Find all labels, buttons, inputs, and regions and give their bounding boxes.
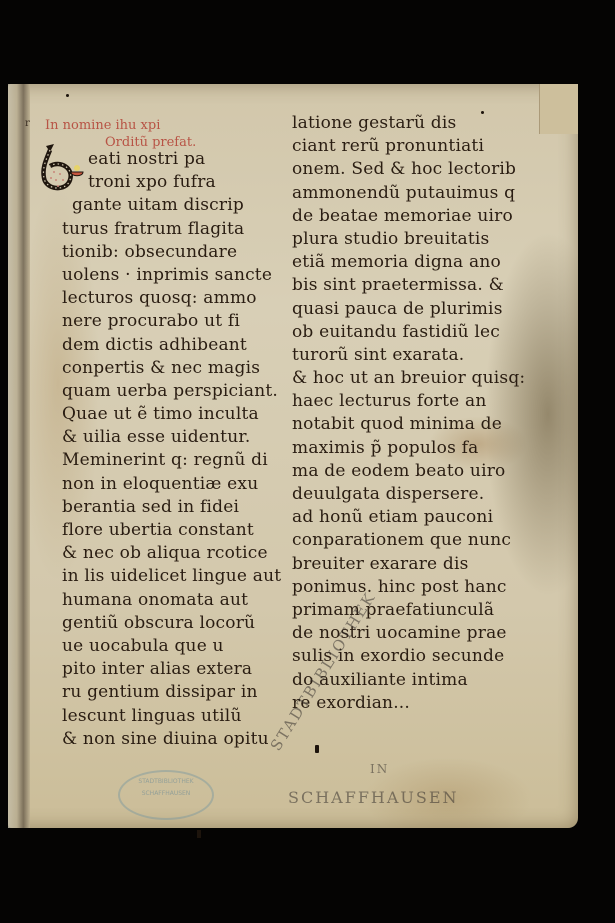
text-line: & uilia esse uidentur.	[62, 426, 281, 449]
text-line: & nec ob aliqua rcotice	[62, 542, 281, 565]
ink-spot	[481, 111, 484, 114]
text-line: latione gestarũ dis	[292, 112, 525, 135]
text-line: & non sine diuina opitu	[62, 728, 281, 751]
text-line: onem. Sed & hoc lectorib	[292, 158, 525, 181]
stamp-text-line-2: IN	[370, 762, 389, 776]
rubric-title-line-1: In nomine ihu xpi	[45, 118, 160, 133]
text-line: & hoc ut an breuior quisq:	[292, 367, 525, 390]
text-line: Quae ut ẽ timo inculta	[62, 403, 281, 426]
text-line: ponimus. hinc post hanc	[292, 576, 525, 599]
text-line: conparationem que nunc	[292, 529, 525, 552]
text-line: ru gentium dissipar in	[62, 681, 281, 704]
text-line: etiã memoria digna ano	[292, 251, 525, 274]
text-line: ma de eodem beato uiro	[292, 460, 525, 483]
text-line: flore ubertia constant	[62, 519, 281, 542]
text-line: haec lecturus forte an	[292, 390, 525, 413]
text-line: turorũ sint exarata.	[292, 344, 525, 367]
binding-gutter	[8, 84, 30, 828]
text-column-left: eati nostri pa troni xpo fufra gante uit…	[62, 148, 281, 751]
text-line: non in eloquentiæ exu	[62, 473, 281, 496]
ink-spot	[315, 745, 319, 753]
text-line: plura studio breuitatis	[292, 228, 525, 251]
text-line: tionib: obsecundare	[62, 241, 281, 264]
text-line: maximis p̃ populos fa	[292, 437, 525, 460]
text-column-right: latione gestarũ dis ciant rerũ pronuntia…	[292, 112, 525, 715]
text-line: ciant rerũ pronuntiati	[292, 135, 525, 158]
stamp-text-line-3: SCHAFFHAUSEN	[288, 788, 459, 807]
text-line: nere procurabo ut fi	[62, 310, 281, 333]
text-line: ad honũ etiam pauconi	[292, 506, 525, 529]
text-line: breuiter exarare dis	[292, 553, 525, 576]
text-line: turus fratrum flagita	[62, 218, 281, 241]
text-line: ob euitandu fastidiũ lec	[292, 321, 525, 344]
repair-patch	[539, 84, 578, 134]
text-line: ammonendũ putauimus q	[292, 182, 525, 205]
text-line: humana onomata aut	[62, 589, 281, 612]
text-line: eati nostri pa	[62, 148, 281, 171]
ink-spot	[197, 830, 201, 838]
library-stamp-arc: STADTBIBLIOTHEK IN SCHAFFHAUSEN	[282, 726, 472, 816]
folio-mark: r	[25, 118, 30, 129]
text-line: de beatae memoriae uiro	[292, 205, 525, 228]
text-line: berantia sed in fidei	[62, 496, 281, 519]
text-line: quam uerba perspiciant.	[62, 380, 281, 403]
text-line: re exordian...	[292, 692, 525, 715]
text-line: lescunt linguas utilũ	[62, 705, 281, 728]
text-line: uolens · inprimis sancte	[62, 264, 281, 287]
text-line: Meminerint q: regnũ di	[62, 449, 281, 472]
ink-spot	[66, 94, 69, 97]
text-line: quasi pauca de plurimis	[292, 298, 525, 321]
text-line: de nostri uocamine prae	[292, 622, 525, 645]
text-line: gante uitam discrip	[62, 194, 281, 217]
library-stamp-oval: STADTBIBLIOTHEK SCHAFFHAUSEN	[118, 770, 214, 820]
text-line: pito inter alias extera	[62, 658, 281, 681]
text-line: deuulgata dispersere.	[292, 483, 525, 506]
text-line: notabit quod minima de	[292, 413, 525, 436]
text-line: lecturos quosq: ammo	[62, 287, 281, 310]
text-line: conpertis & nec magis	[62, 357, 281, 380]
text-line: troni xpo fufra	[62, 171, 281, 194]
text-line: gentiũ obscura locorũ	[62, 612, 281, 635]
text-line: ue uocabula que u	[62, 635, 281, 658]
text-line: bis sint praetermissa. &	[292, 274, 525, 297]
text-line: primam praefatiunculã	[292, 599, 525, 622]
text-line: dem dictis adhibeant	[62, 334, 281, 357]
text-line: in lis uidelicet lingue aut	[62, 565, 281, 588]
